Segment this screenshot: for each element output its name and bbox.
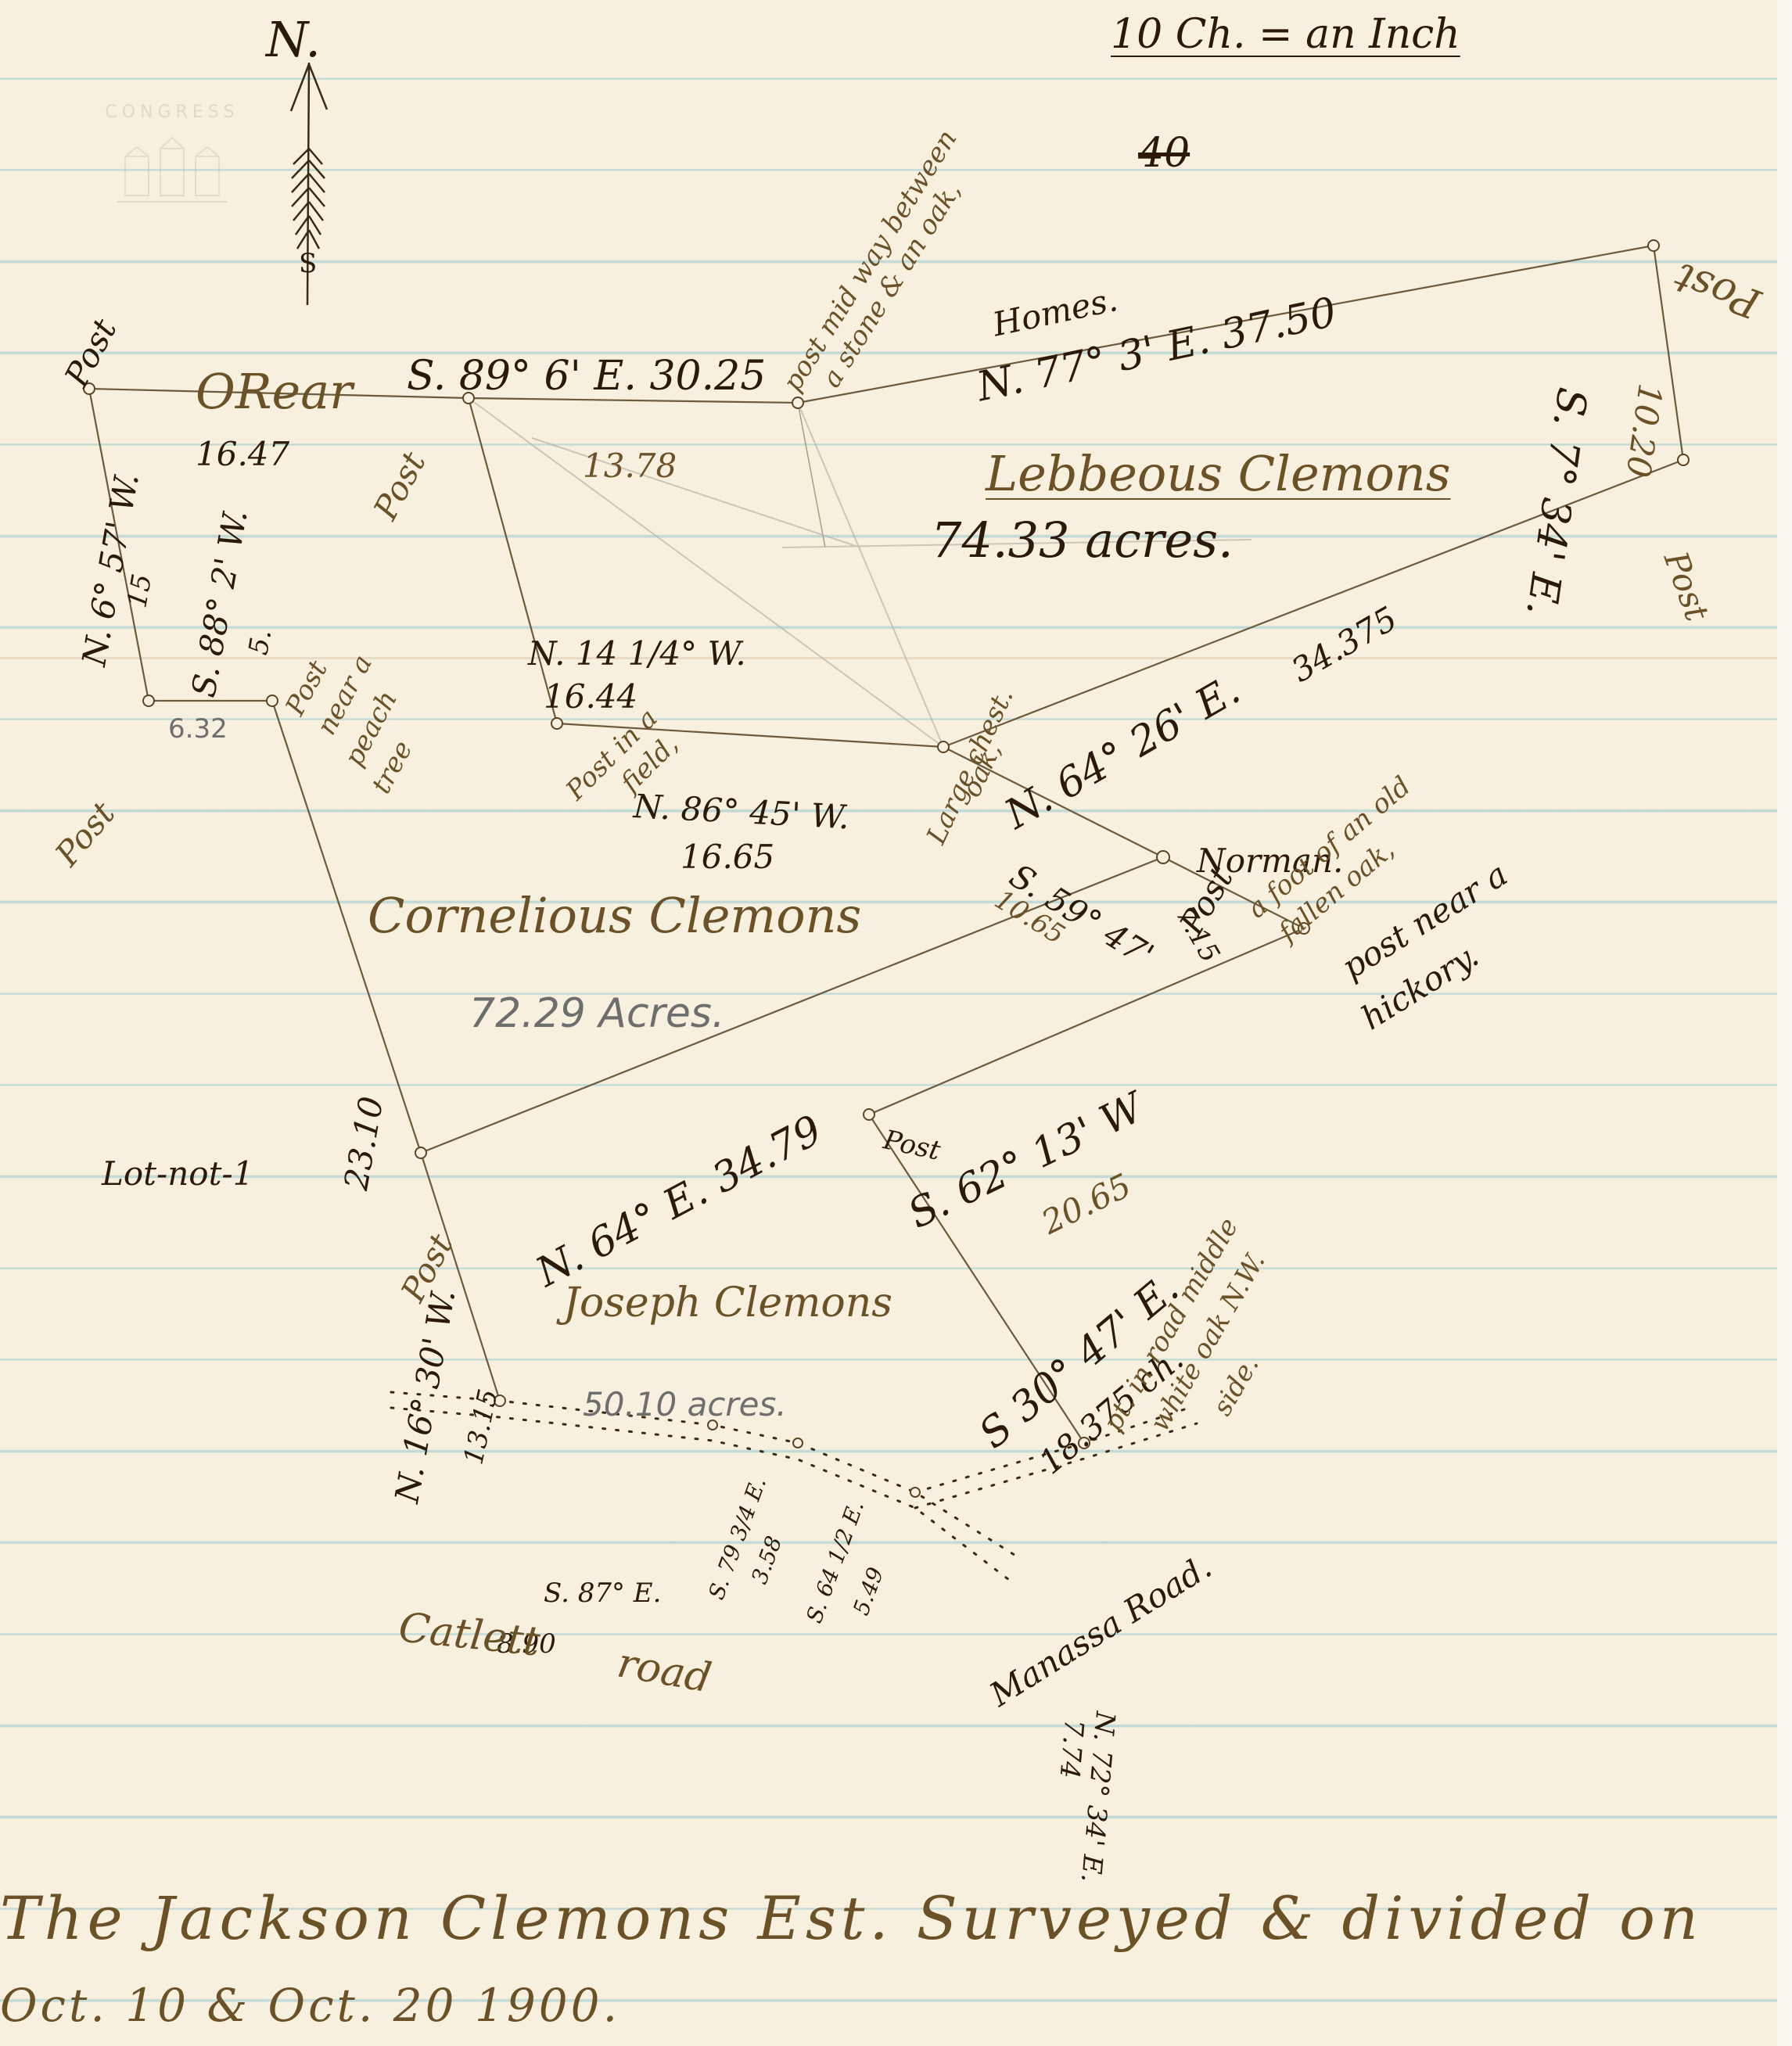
parcel-area-joseph: 50.10 acres. <box>583 1388 787 1421</box>
parcel-owner-cornelious: Cornelious Clemons <box>368 892 861 940</box>
adjoiner-orear: ORear <box>196 368 353 416</box>
survey-date: Oct. 10 & Oct. 20 1900. <box>0 1983 620 2028</box>
compass-north-label: N. <box>266 16 321 64</box>
distance-short-line-pencil: 6.32 <box>168 716 228 742</box>
distance-interior: 16.44 <box>544 680 637 713</box>
bearing-road1: S. 87° E. <box>544 1580 661 1606</box>
struck-value: 40 <box>1138 133 1190 174</box>
bearing-orear: S. 89° 6' E. 30.25 <box>407 356 766 397</box>
parcel-area-lebbeous: 74.33 acres. <box>931 516 1234 565</box>
parcel-owner-joseph-1: Joseph Clemons <box>563 1283 892 1323</box>
bearing-interior: N. 14 1/4° W. <box>528 637 746 670</box>
distance-orear-seg2: 13.78 <box>583 450 677 483</box>
survey-title: The Jackson Clemons Est. Surveyed & divi… <box>0 1889 1703 1948</box>
distance-short-line: 5. <box>245 627 275 657</box>
distance-field-line: 16.65 <box>681 841 774 874</box>
parcel-area-cornelious: 72.29 Acres. <box>469 993 725 1034</box>
distance-road4: 7.74 <box>1056 1718 1087 1779</box>
parcel-owner-lebbeous: Lebbeous Clemons <box>986 450 1451 498</box>
compass-south-label: S <box>299 250 317 277</box>
map-scale: 10 Ch. = an Inch <box>1111 14 1460 55</box>
adjoiner-lot-not-1: Lot-not-1 <box>102 1158 253 1190</box>
distance-orear-seg1: 16.47 <box>196 438 289 471</box>
distance-west-line: 15 <box>124 572 156 610</box>
